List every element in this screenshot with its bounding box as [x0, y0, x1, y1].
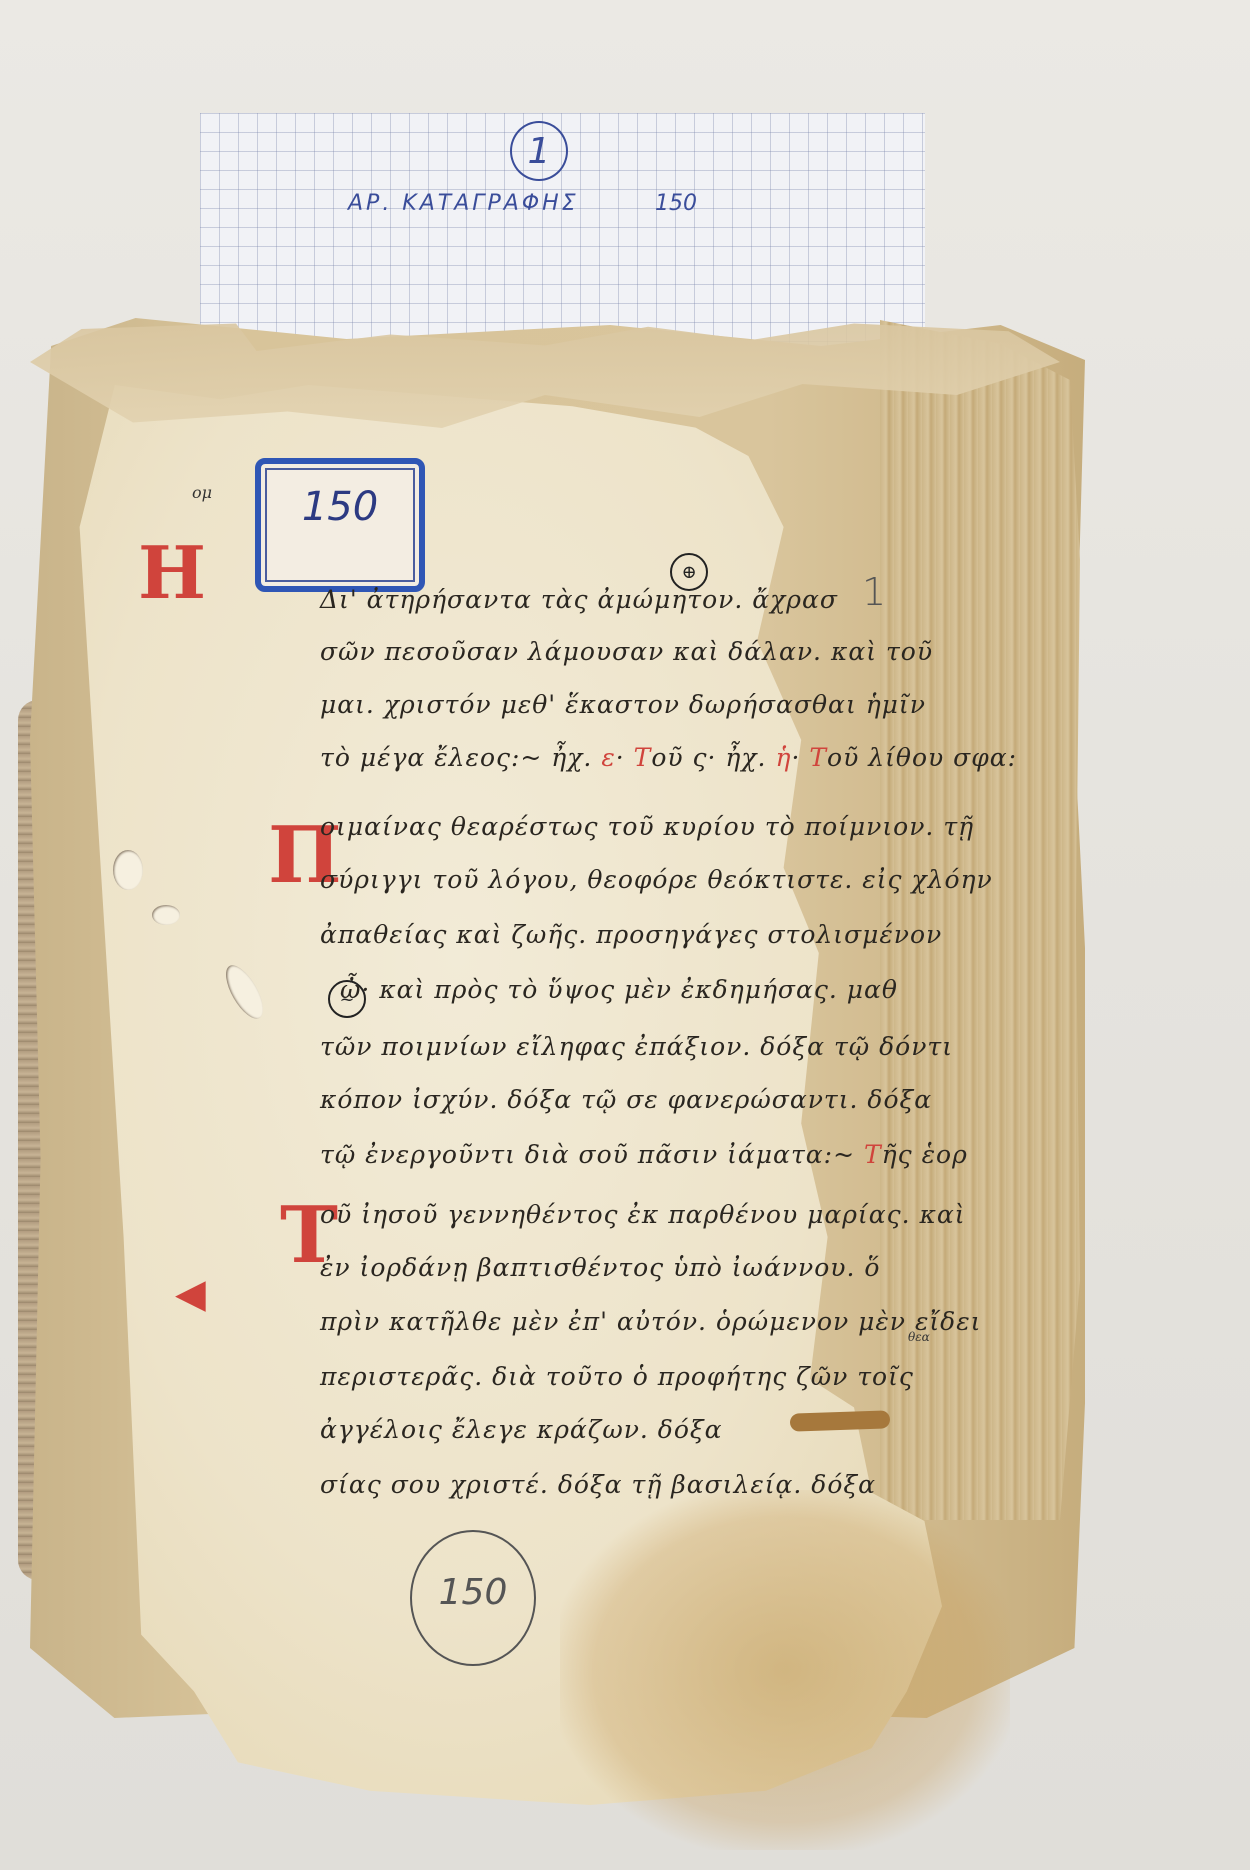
- text-line: σῶν πεσοῦσαν λάμουσαν καὶ δάλαν. καὶ τοῦ: [320, 637, 933, 666]
- text-line: σύριγγι τοῦ λόγου, θεοφόρε θεόκτιστε. εἰ…: [320, 865, 993, 894]
- text-line: κόπον ἰσχύν. δόξα τῷ σε φανερώσαντι. δόξ…: [320, 1085, 932, 1114]
- text-line: Δι' ἀτηρήσαντα τὰς ἀμώμητον. ἄχρασ: [320, 585, 838, 614]
- rubric-segment: Τ: [809, 743, 827, 772]
- worm-hole: [152, 905, 180, 925]
- text-segment: οῦ λίθου σφα:: [827, 743, 1017, 772]
- text-line: ἀπαθείας καὶ ζωῆς. προσηγάγες στολισμένο…: [320, 920, 942, 949]
- text-segment: ῆς ἑορ: [882, 1140, 968, 1169]
- text-line: οιμαίνας θεαρέστως τοῦ κυρίου τὸ ποίμνιο…: [320, 812, 974, 841]
- inventory-label: ΑΡ. ΚΑΤΑΓΡΑΦΗΣ: [348, 191, 579, 216]
- stamp-number: 150: [261, 484, 419, 530]
- marginal-initial: Η: [138, 530, 206, 615]
- rubric-segment: ἡ: [775, 743, 791, 772]
- text-segment: οῦ ς· ἦχ.: [651, 743, 775, 772]
- text-line: ἐν ἰορδάνῃ βαπτισθέντος ὑπὸ ἰωάννου. ὅ: [320, 1253, 880, 1282]
- inventory-number: 150: [655, 191, 697, 216]
- text-line: μαι. χριστόν μεθ' ἕκαστον δωρήσασθαι ἡμῖ…: [320, 690, 926, 719]
- text-segment: ·: [791, 743, 809, 772]
- text-segment: τῷ ἐνεργοῦντι διὰ σοῦ πᾶσιν ἰάματα:~: [320, 1140, 864, 1169]
- text-line: οῦ ἰησοῦ γεννηθέντος ἐκ παρθένου μαρίας.…: [320, 1200, 966, 1229]
- text-line: πρὶν κατῆλθε μὲν ἐπ' αὐτόν. ὁρώμενον μὲν…: [320, 1307, 981, 1336]
- text-line: ὦ· καὶ πρὸς τὸ ὕψος μὲν ἐκδημήσας. μαθ: [340, 975, 898, 1004]
- text-line: τὸ μέγα ἔλεος:~ ἦχ. ε· Τοῦ ς· ἦχ. ἡ· Τοῦ…: [320, 743, 1017, 772]
- burn-hole: [790, 1410, 891, 1431]
- text-line: περιστερᾶς. διὰ τοῦτο ὁ προφήτης ζῶν τοῖ…: [320, 1362, 914, 1391]
- text-line: τῶν ποιμνίων εἴληφας ἐπάξιον. δόξα τῷ δό…: [320, 1032, 953, 1061]
- circled-tilde-mark-icon: ~: [328, 980, 366, 1018]
- text-line: ἀγγέλοις ἔλεγε κράζων. δόξα: [320, 1415, 723, 1444]
- water-stain: [560, 1490, 1010, 1850]
- rubric-segment: Τ: [864, 1140, 882, 1169]
- rubric-segment: ε: [601, 743, 615, 772]
- folio-number: 1: [862, 570, 886, 614]
- worm-hole: [113, 850, 143, 890]
- circled-number: 1: [510, 121, 568, 181]
- text-line: τῷ ἐνεργοῦντι διὰ σοῦ πᾶσιν ἰάματα:~ Τῆς…: [320, 1140, 968, 1169]
- text-segment: ·: [616, 743, 634, 772]
- text-line: σίας σου χριστέ. δόξα τῇ βασιλείᾳ. δόξα: [320, 1470, 876, 1499]
- pencil-number: 150: [412, 1572, 534, 1613]
- catalog-stamp-label: 150: [255, 458, 425, 592]
- text-segment: τὸ μέγα ἔλεος:~ ἦχ.: [320, 743, 601, 772]
- fragment-text: ομ: [192, 483, 212, 502]
- pencil-circled-number: 150: [410, 1530, 536, 1666]
- inventory-grid-card: 1 ΑΡ. ΚΑΤΑΓΡΑΦΗΣ 150: [200, 113, 925, 353]
- partial-rubric-mark: ◀: [175, 1270, 206, 1317]
- rubric-segment: Τ: [634, 743, 652, 772]
- margin-note: θεα: [908, 1330, 930, 1344]
